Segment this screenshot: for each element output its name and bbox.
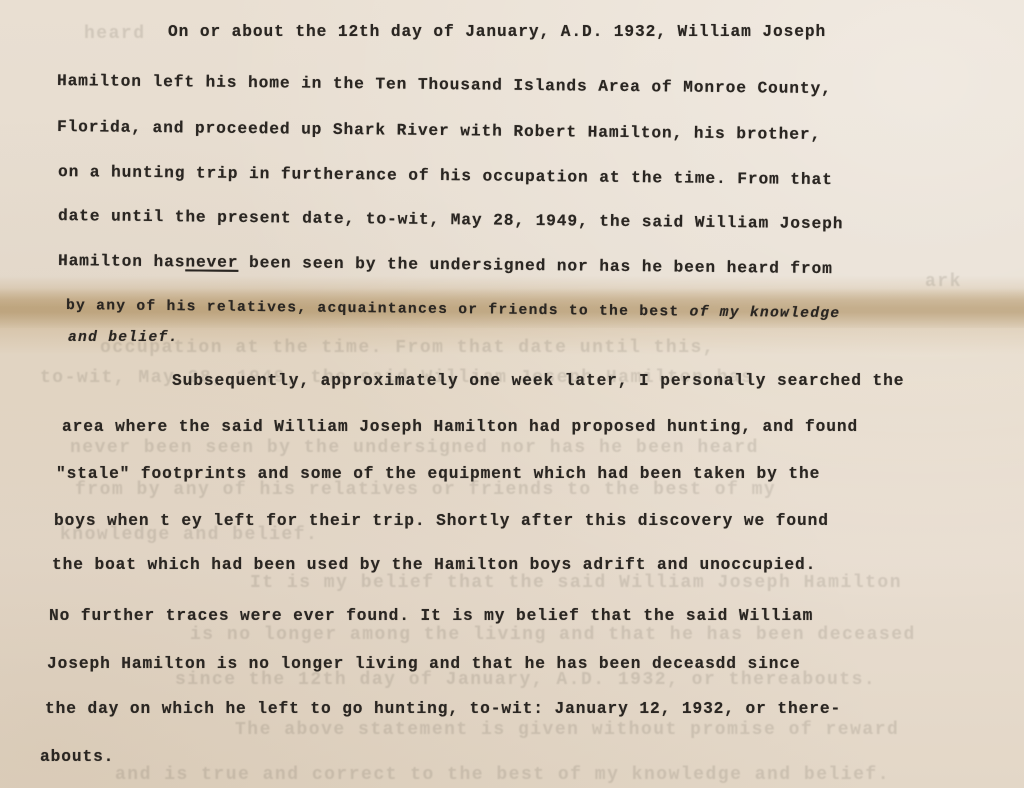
- bleed-through-line: It is my belief that the said William Jo…: [250, 573, 902, 593]
- bleed-through-line: heard: [84, 24, 146, 44]
- text-line: date until the present date, to-wit, May…: [58, 207, 844, 233]
- bleed-through-line: The above statement is given without pro…: [235, 720, 899, 740]
- text-line: on a hunting trip in furtherance of his …: [58, 163, 833, 189]
- text-line: and belief.: [68, 330, 179, 346]
- bleed-through-line: never been seen by the undersigned nor h…: [70, 438, 759, 458]
- text-line: area where the said William Joseph Hamil…: [62, 418, 858, 436]
- text-segment: Hamilton has: [58, 252, 186, 271]
- underlined-word-never: never: [185, 253, 238, 272]
- text-line: No further traces were ever found. It is…: [49, 607, 813, 625]
- bleed-through-line: and is true and correct to the best of m…: [115, 765, 890, 785]
- text-line: Hamilton hasnever been seen by the under…: [58, 252, 833, 278]
- text-line: the day on which he left to go hunting, …: [45, 700, 841, 718]
- text-line: Joseph Hamilton is no longer living and …: [47, 655, 801, 673]
- text-line: On or about the 12th day of January, A.D…: [168, 23, 826, 41]
- text-line: Hamilton left his home in the Ten Thousa…: [57, 72, 832, 98]
- text-line: the boat which had been used by the Hami…: [52, 556, 816, 574]
- bleed-through-line: occupation at the time. From that date u…: [100, 338, 715, 358]
- bleed-through-line: since the 12th day of January, A.D. 1932…: [175, 670, 876, 690]
- text-line: Florida, and proceeded up Shark River wi…: [57, 118, 821, 144]
- bleed-through-line: ark: [925, 272, 962, 292]
- text-line: boys when t ey left for their trip. Shor…: [54, 512, 829, 530]
- bleed-through-line: from by any of his relatives or friends …: [75, 480, 776, 500]
- text-segment: been seen by the undersigned nor has he …: [238, 254, 833, 278]
- text-line: abouts.: [40, 748, 114, 766]
- bleed-through-line: is no longer among the living and that h…: [190, 625, 916, 645]
- text-line: "stale" footprints and some of the equip…: [56, 465, 820, 483]
- text-line: by any of his relatives, acquaintances o…: [66, 298, 841, 322]
- text-line: Subsequently, approximately one week lat…: [172, 372, 904, 390]
- text-segment-italic: of my knowledge: [689, 305, 840, 323]
- text-segment: by any of his relatives, acquaintances o…: [66, 298, 690, 321]
